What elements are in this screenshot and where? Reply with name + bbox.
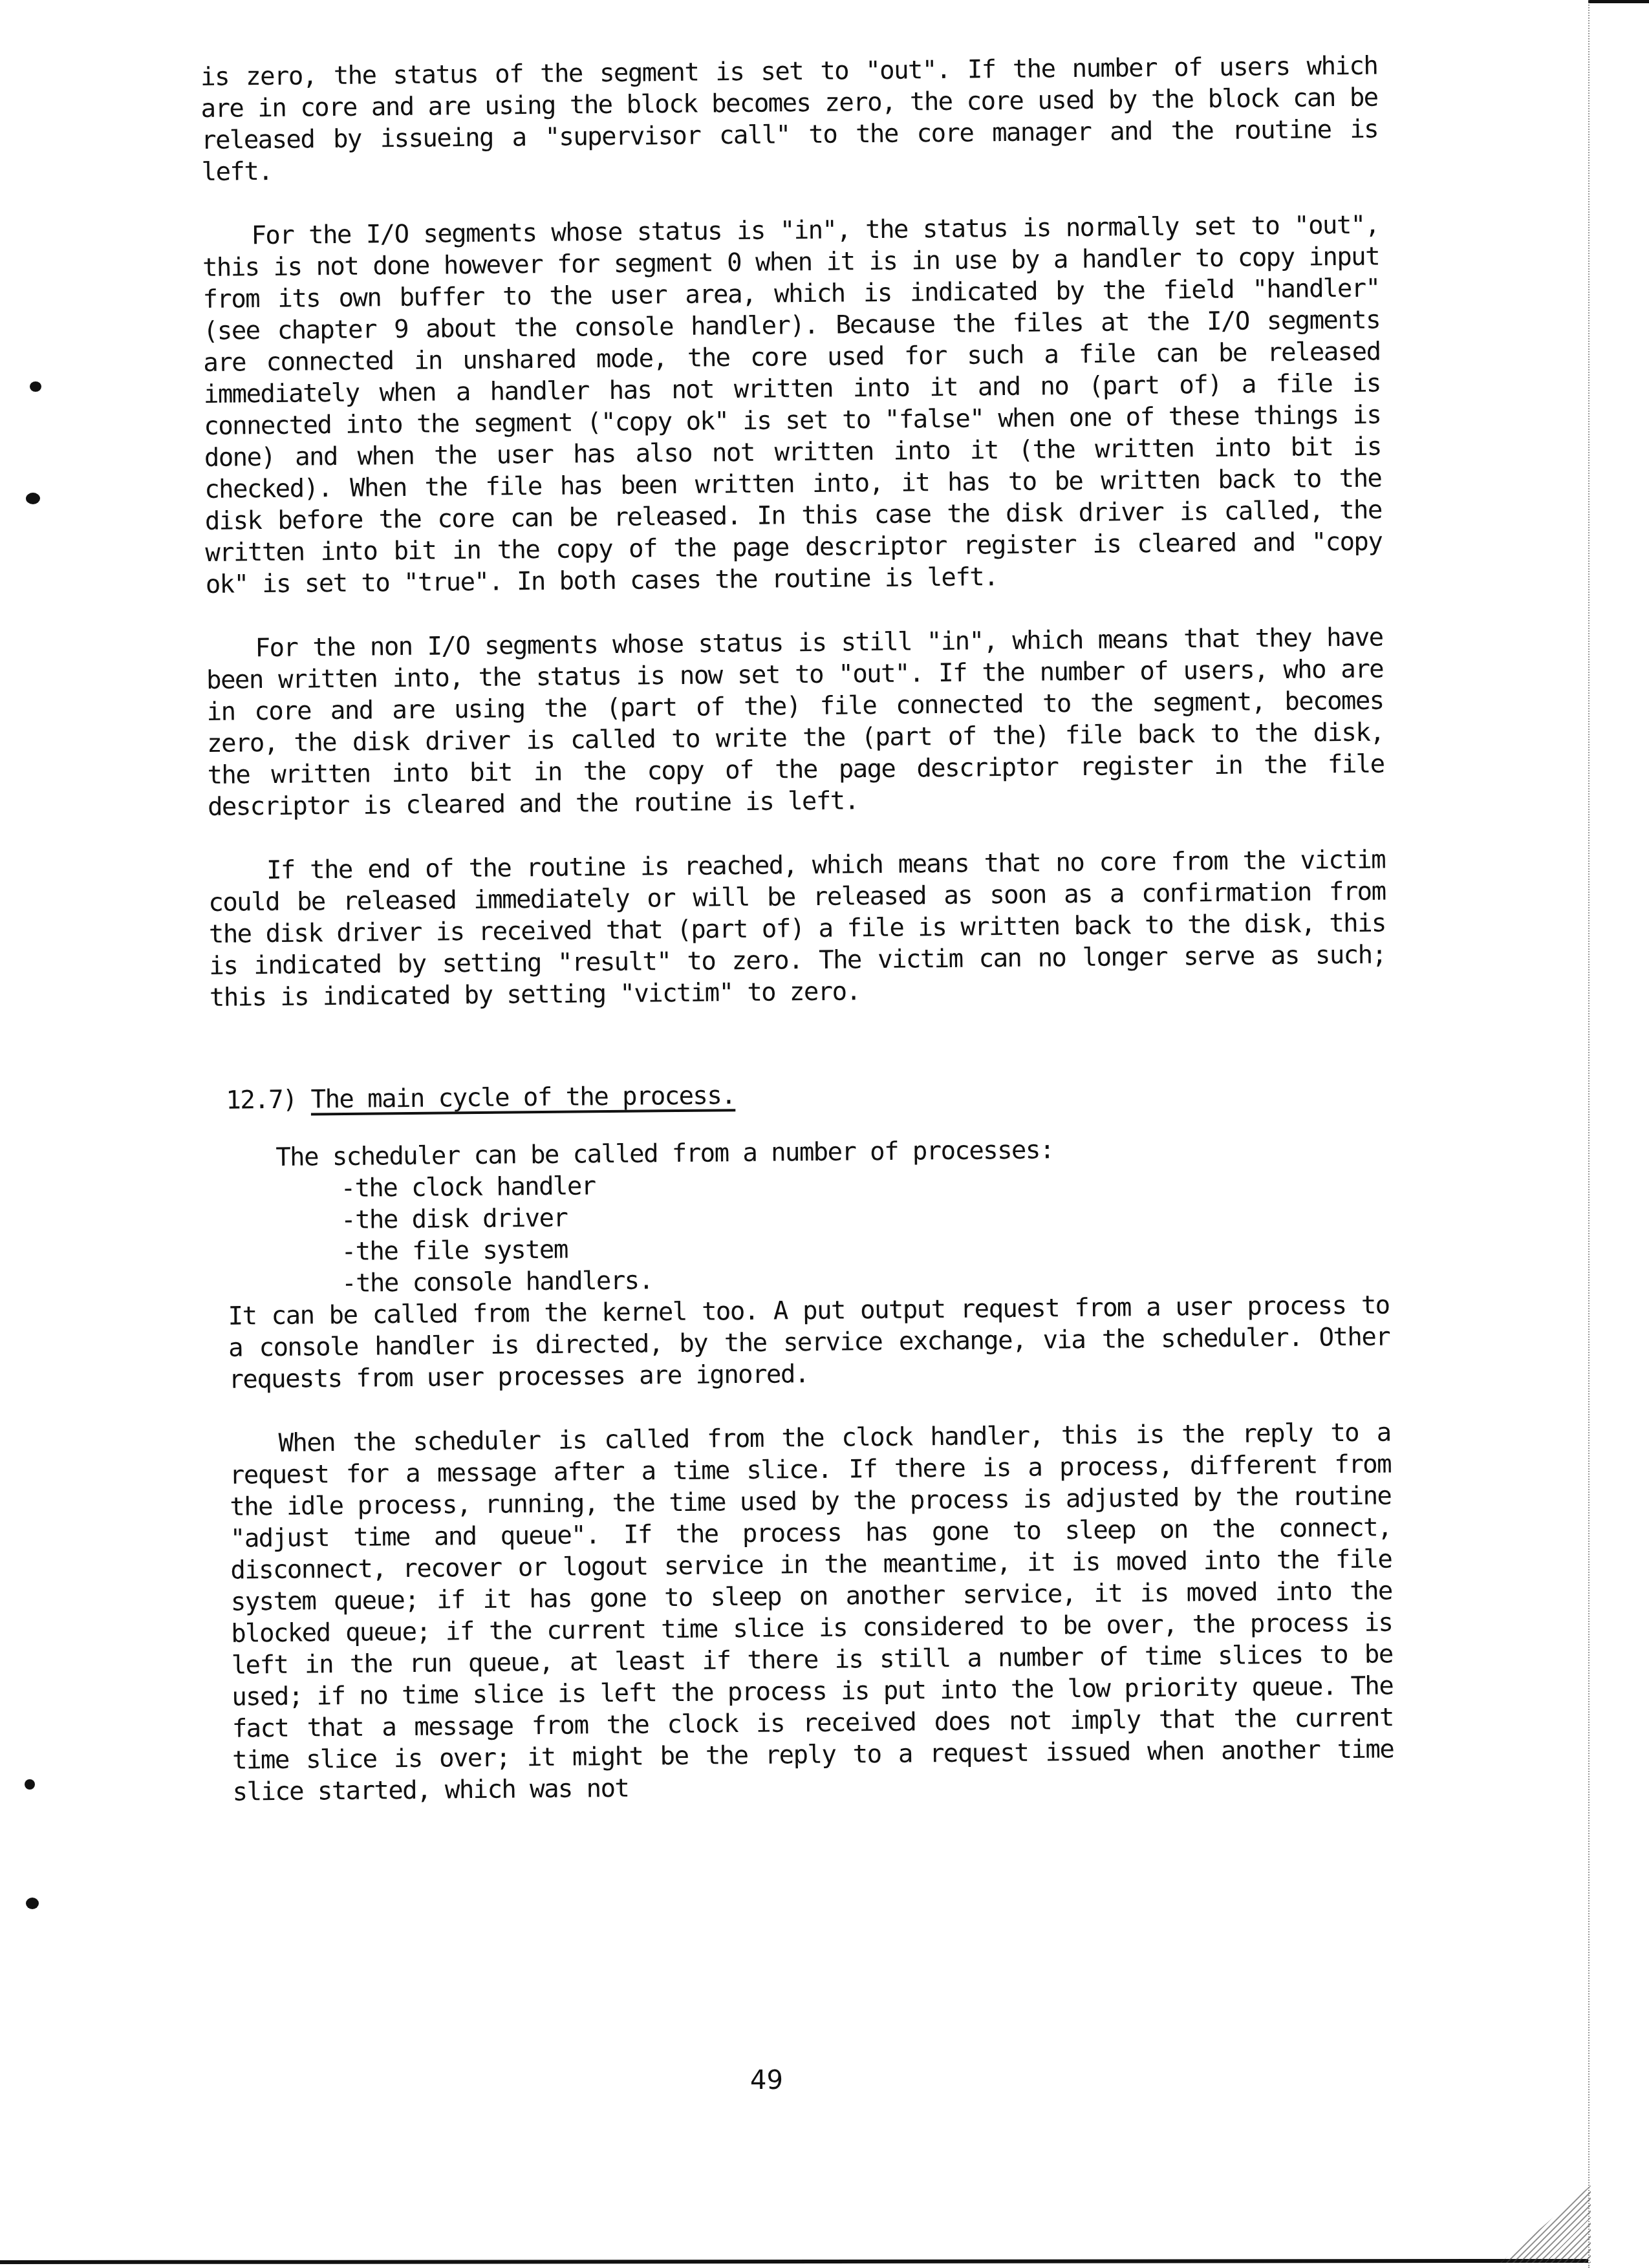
paragraph-text: For the I/O segments whose status is "in… (202, 211, 1383, 599)
page-edge-bottom (0, 2259, 1588, 2264)
punch-hole-mark (26, 1898, 39, 1909)
punch-hole-mark (26, 493, 40, 504)
scanned-page: is zero, the status of the segment is se… (0, 0, 1649, 2268)
document-body: is zero, the status of the segment is se… (200, 50, 1394, 1808)
paragraph-text: For the non I/O segments whose status is… (206, 623, 1385, 821)
paragraph: For the I/O segments whose status is "in… (202, 209, 1383, 601)
caller-list: -the clock handler -the disk driver -the… (211, 1162, 1390, 1300)
section-title: The main cycle of the process. (311, 1081, 736, 1114)
paragraph: is zero, the status of the segment is se… (200, 50, 1379, 188)
page-edge-top (1588, 0, 1649, 3)
punch-hole-mark (25, 1779, 35, 1790)
page-number: 49 (750, 2066, 783, 2095)
paragraph: If the end of the routine is reached, wh… (208, 844, 1386, 1013)
paragraph: For the non I/O segments whose status is… (206, 621, 1385, 822)
corner-smudge (1500, 2185, 1591, 2263)
page-edge-right (1588, 0, 1591, 2268)
section-number: 12.7) (226, 1086, 297, 1115)
paragraph-text: If the end of the routine is reached, wh… (208, 845, 1386, 1012)
punch-hole-mark (30, 381, 41, 392)
paragraph: It can be called from the kernel too. A … (212, 1289, 1390, 1395)
paragraph: When the scheduler is called from the cl… (213, 1417, 1394, 1808)
paragraph-text: When the scheduler is called from the cl… (230, 1418, 1394, 1806)
